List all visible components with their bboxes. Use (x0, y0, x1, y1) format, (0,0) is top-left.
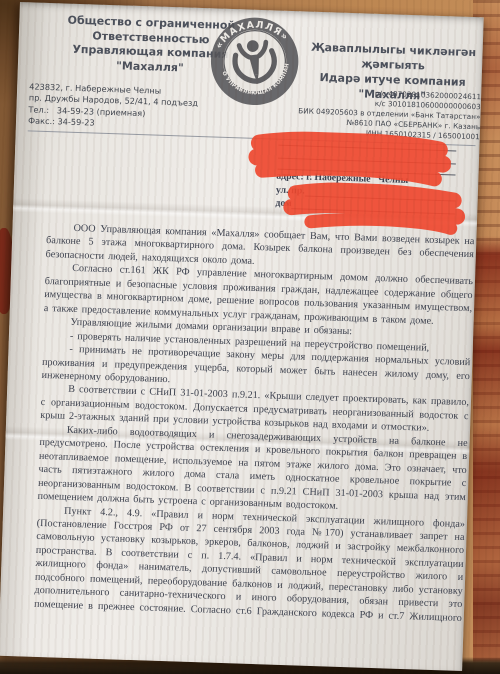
redaction-scribble (246, 130, 452, 191)
body-paragraph: Каких-либо водоотводящих и снегозадержив… (37, 423, 467, 518)
redaction-scribble (281, 181, 467, 237)
photo-background: Общество с ограниченной Ответственностью… (0, 0, 500, 674)
contact-details: 423832, г. Набережные Челны пр. Дружбы Н… (28, 81, 199, 132)
body-paragraph: Пункт 4.2., 4.9. «Правил и норм техничес… (34, 503, 465, 625)
letter-page: Общество с ограниченной Ответственностью… (0, 2, 484, 671)
letter-body: ООО Управляющая компания «Махалля» сообщ… (34, 221, 475, 625)
